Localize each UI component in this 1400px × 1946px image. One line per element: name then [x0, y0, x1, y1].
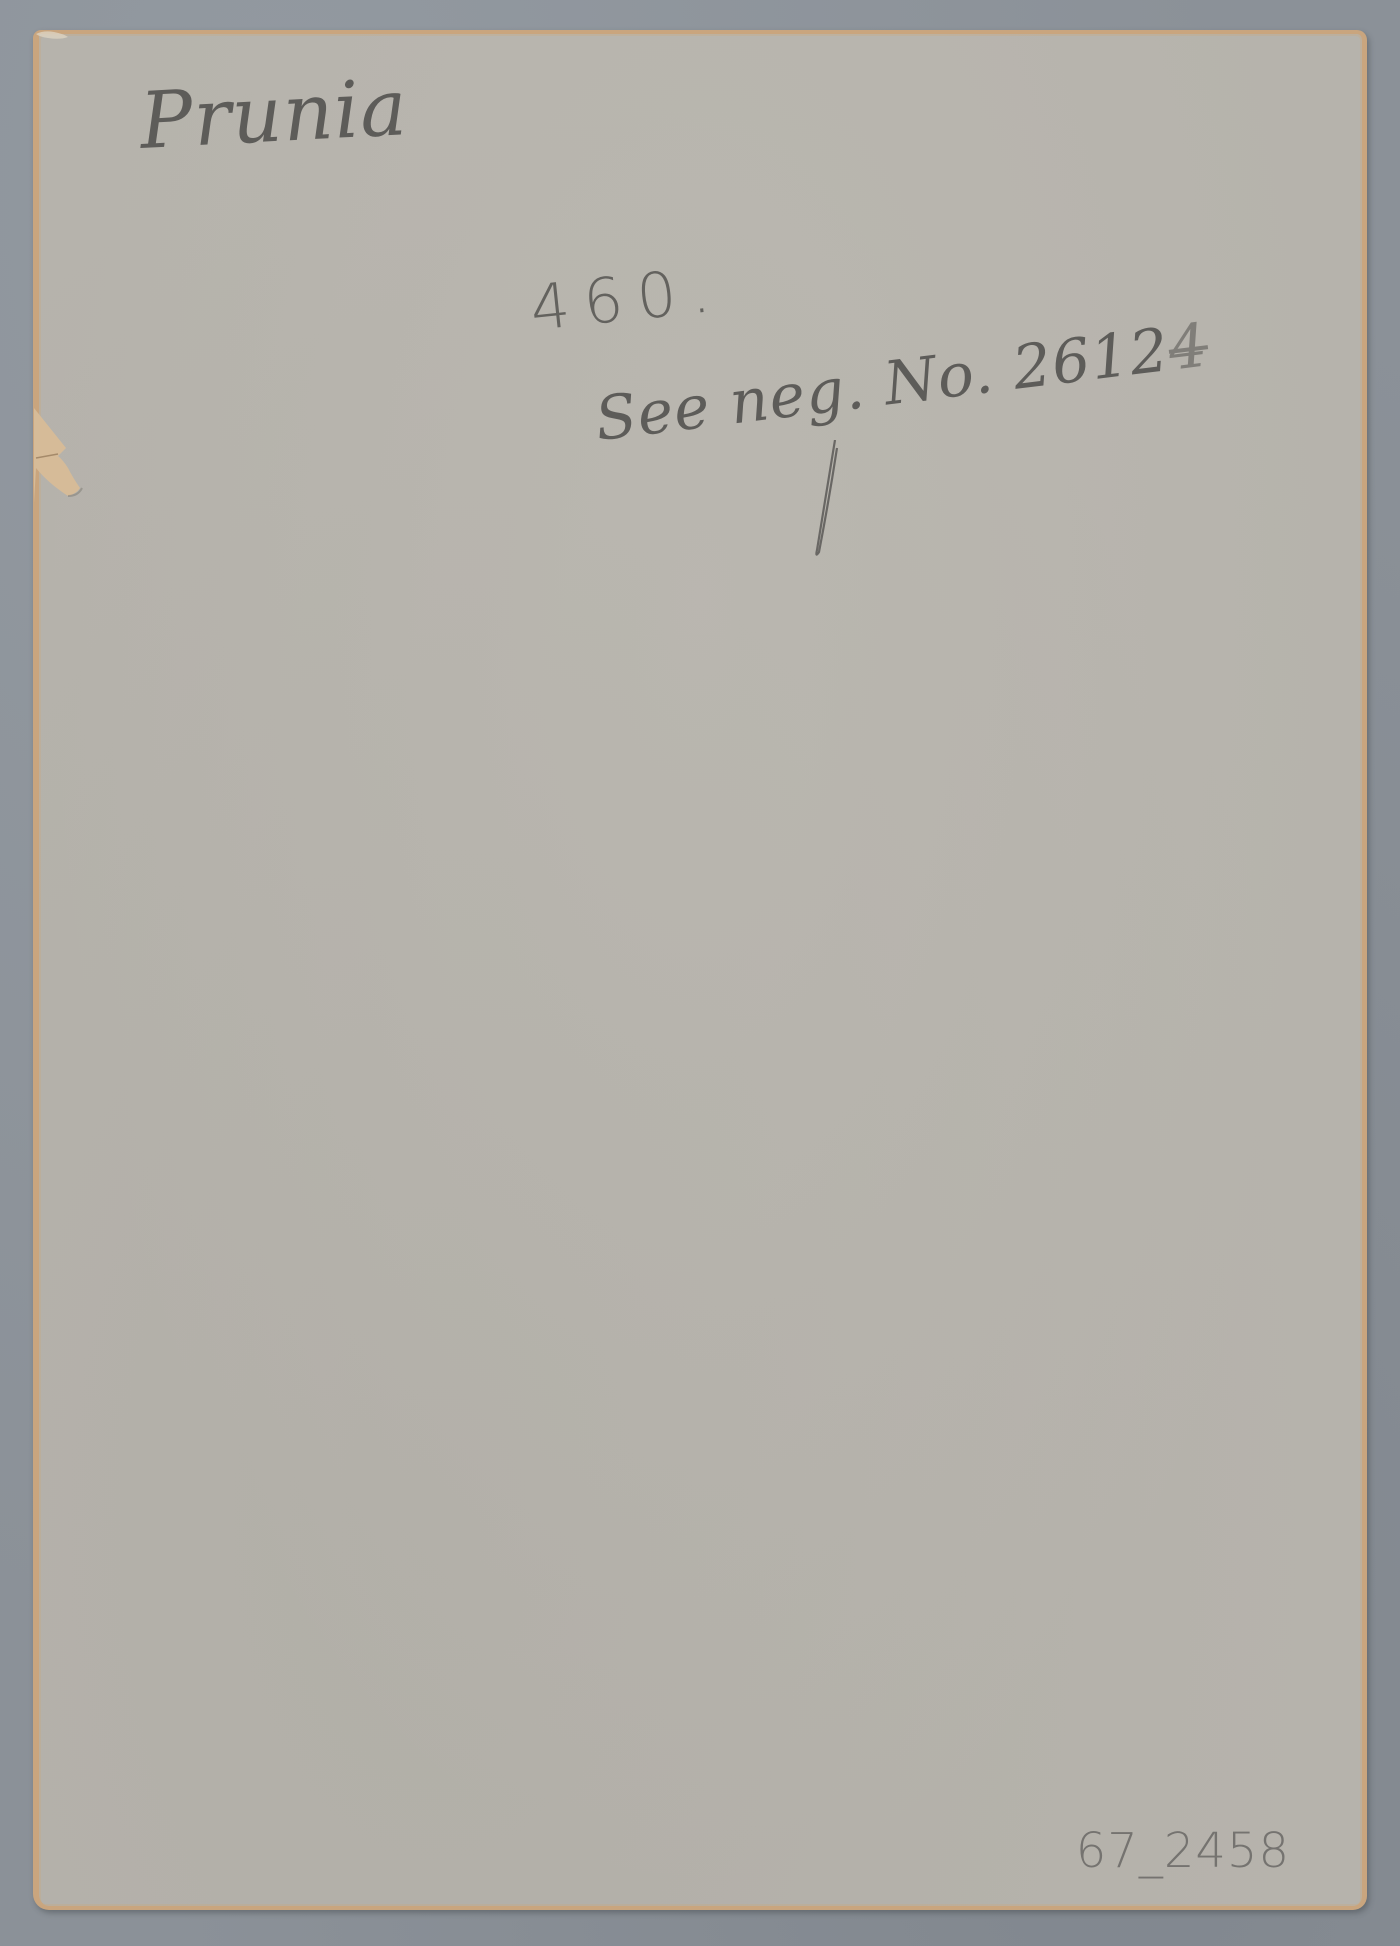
corner-chip-damage: [34, 28, 74, 42]
handwritten-label: Prunia: [138, 63, 410, 167]
accession-number: 67_2458: [1076, 1823, 1290, 1879]
torn-tab: [28, 408, 90, 503]
handwriting-descender-stroke: [805, 440, 845, 560]
negative-reference-struck-digit: 4: [1164, 310, 1211, 384]
